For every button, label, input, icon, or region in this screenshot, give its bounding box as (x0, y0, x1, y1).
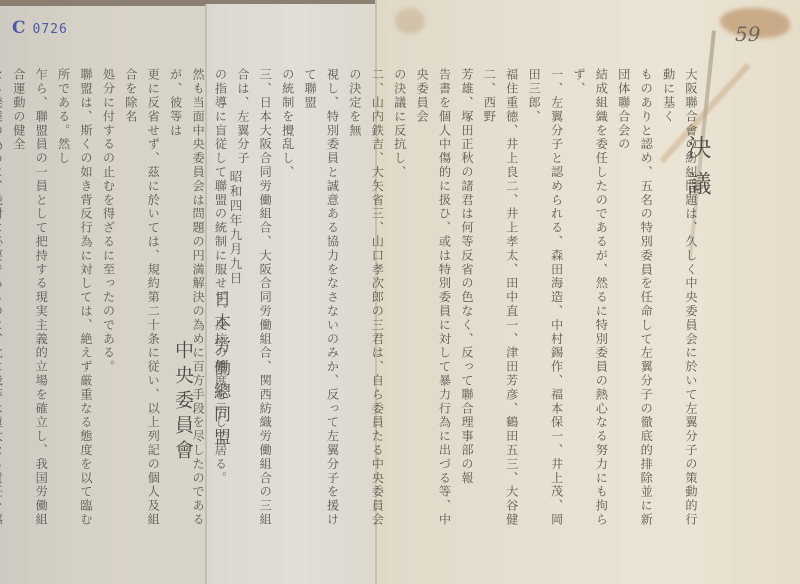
catalog-stamp: C0726 (12, 18, 68, 38)
scanned-document: C0726 59 決議 大阪聯合會の紛糾問題は、久しく中央委員会に於いて左翼分子… (0, 0, 800, 584)
text-column: 告書を個人中傷的に扱ひ、或は特別委員に対して暴力行為に出づる等、中央委員会 (411, 68, 456, 538)
text-column: 然も当面中央委員会は問題の円満解決の為めに百方手段を尽したのであるが、彼等は (164, 68, 209, 538)
catalog-prefix: C (12, 18, 27, 38)
text-column: ものありと認め、五名の特別委員を任命して左翼分子の徹底的排除並に新団体聯合会の (612, 68, 657, 538)
text-column: 聯盟は、斯くの如き背反行為に対しては、絶えず厳重なる態度を以て臨む所である。然し (52, 68, 97, 538)
text-column: 視し、特別委員と誠意ある協力をなさないのみか、反って左翼分子を援けて聯盟 (299, 68, 344, 538)
issuer-committee: 中央委員會 (170, 340, 197, 465)
text-column: 処分に付するの止むを得ざるに至ったのである。 (97, 68, 119, 538)
document-date: 昭和四年九月九日 (226, 170, 244, 286)
text-column: 福住重徳、井上良二、井上孝太、田中直一、津田芳彦、鶴田五三、大谷健二、西野 (478, 68, 523, 538)
text-column: の決議に反抗し、 (388, 68, 410, 538)
stain-mark (395, 8, 425, 34)
page-mark: 59 (735, 22, 760, 46)
text-column: 三、日本大阪合同労働組合、大阪合同労働組合、関西紡織労働組合の三組合は、左翼分子 (231, 68, 276, 538)
text-column: 一、左翼分子と認められる、森田海造、中村錫作、福本保一、井上茂、岡田三郎、 (523, 68, 568, 538)
catalog-number: 0726 (33, 22, 68, 37)
issuer-organization: 日本労働總同盟 (208, 290, 233, 451)
text-column: 更に反省せず、茲に於いては、規約第二十条に従い、以上列記の個人及組合を除名 (119, 68, 164, 538)
text-column: 結成組織を委任したのであるが、然るに特別委員の熱心なる努力にも拘らず、 (568, 68, 613, 538)
text-column: の統制を攪乱し、 (276, 68, 298, 538)
text-column: 大阪聯合會の紛糾問題は、久しく中央委員会に於いて左翼分子の策動的行動に基く (657, 68, 702, 538)
resolution-body: 大阪聯合會の紛糾問題は、久しく中央委員会に於いて左翼分子の策動的行動に基くものあ… (0, 68, 702, 538)
text-column: 芳雄、塚田正秋の諸君は何等反省の色なく、反って聯合理事部の報 (456, 68, 478, 538)
text-column: 乍ら、聯盟員の一員として把持する現実主義的立場を確立し、我国労働組合運動の健全 (7, 68, 52, 538)
text-column: 二、山内鉄吉、大矢省三、山口孝次郎の三君は、自ら委員たる中央委員会の決定を無 (344, 68, 389, 538)
text-column: なる発達の為めに、絶対に必要であるのに、此に我等は重大なる責任を感じ、断乎と (0, 68, 7, 538)
